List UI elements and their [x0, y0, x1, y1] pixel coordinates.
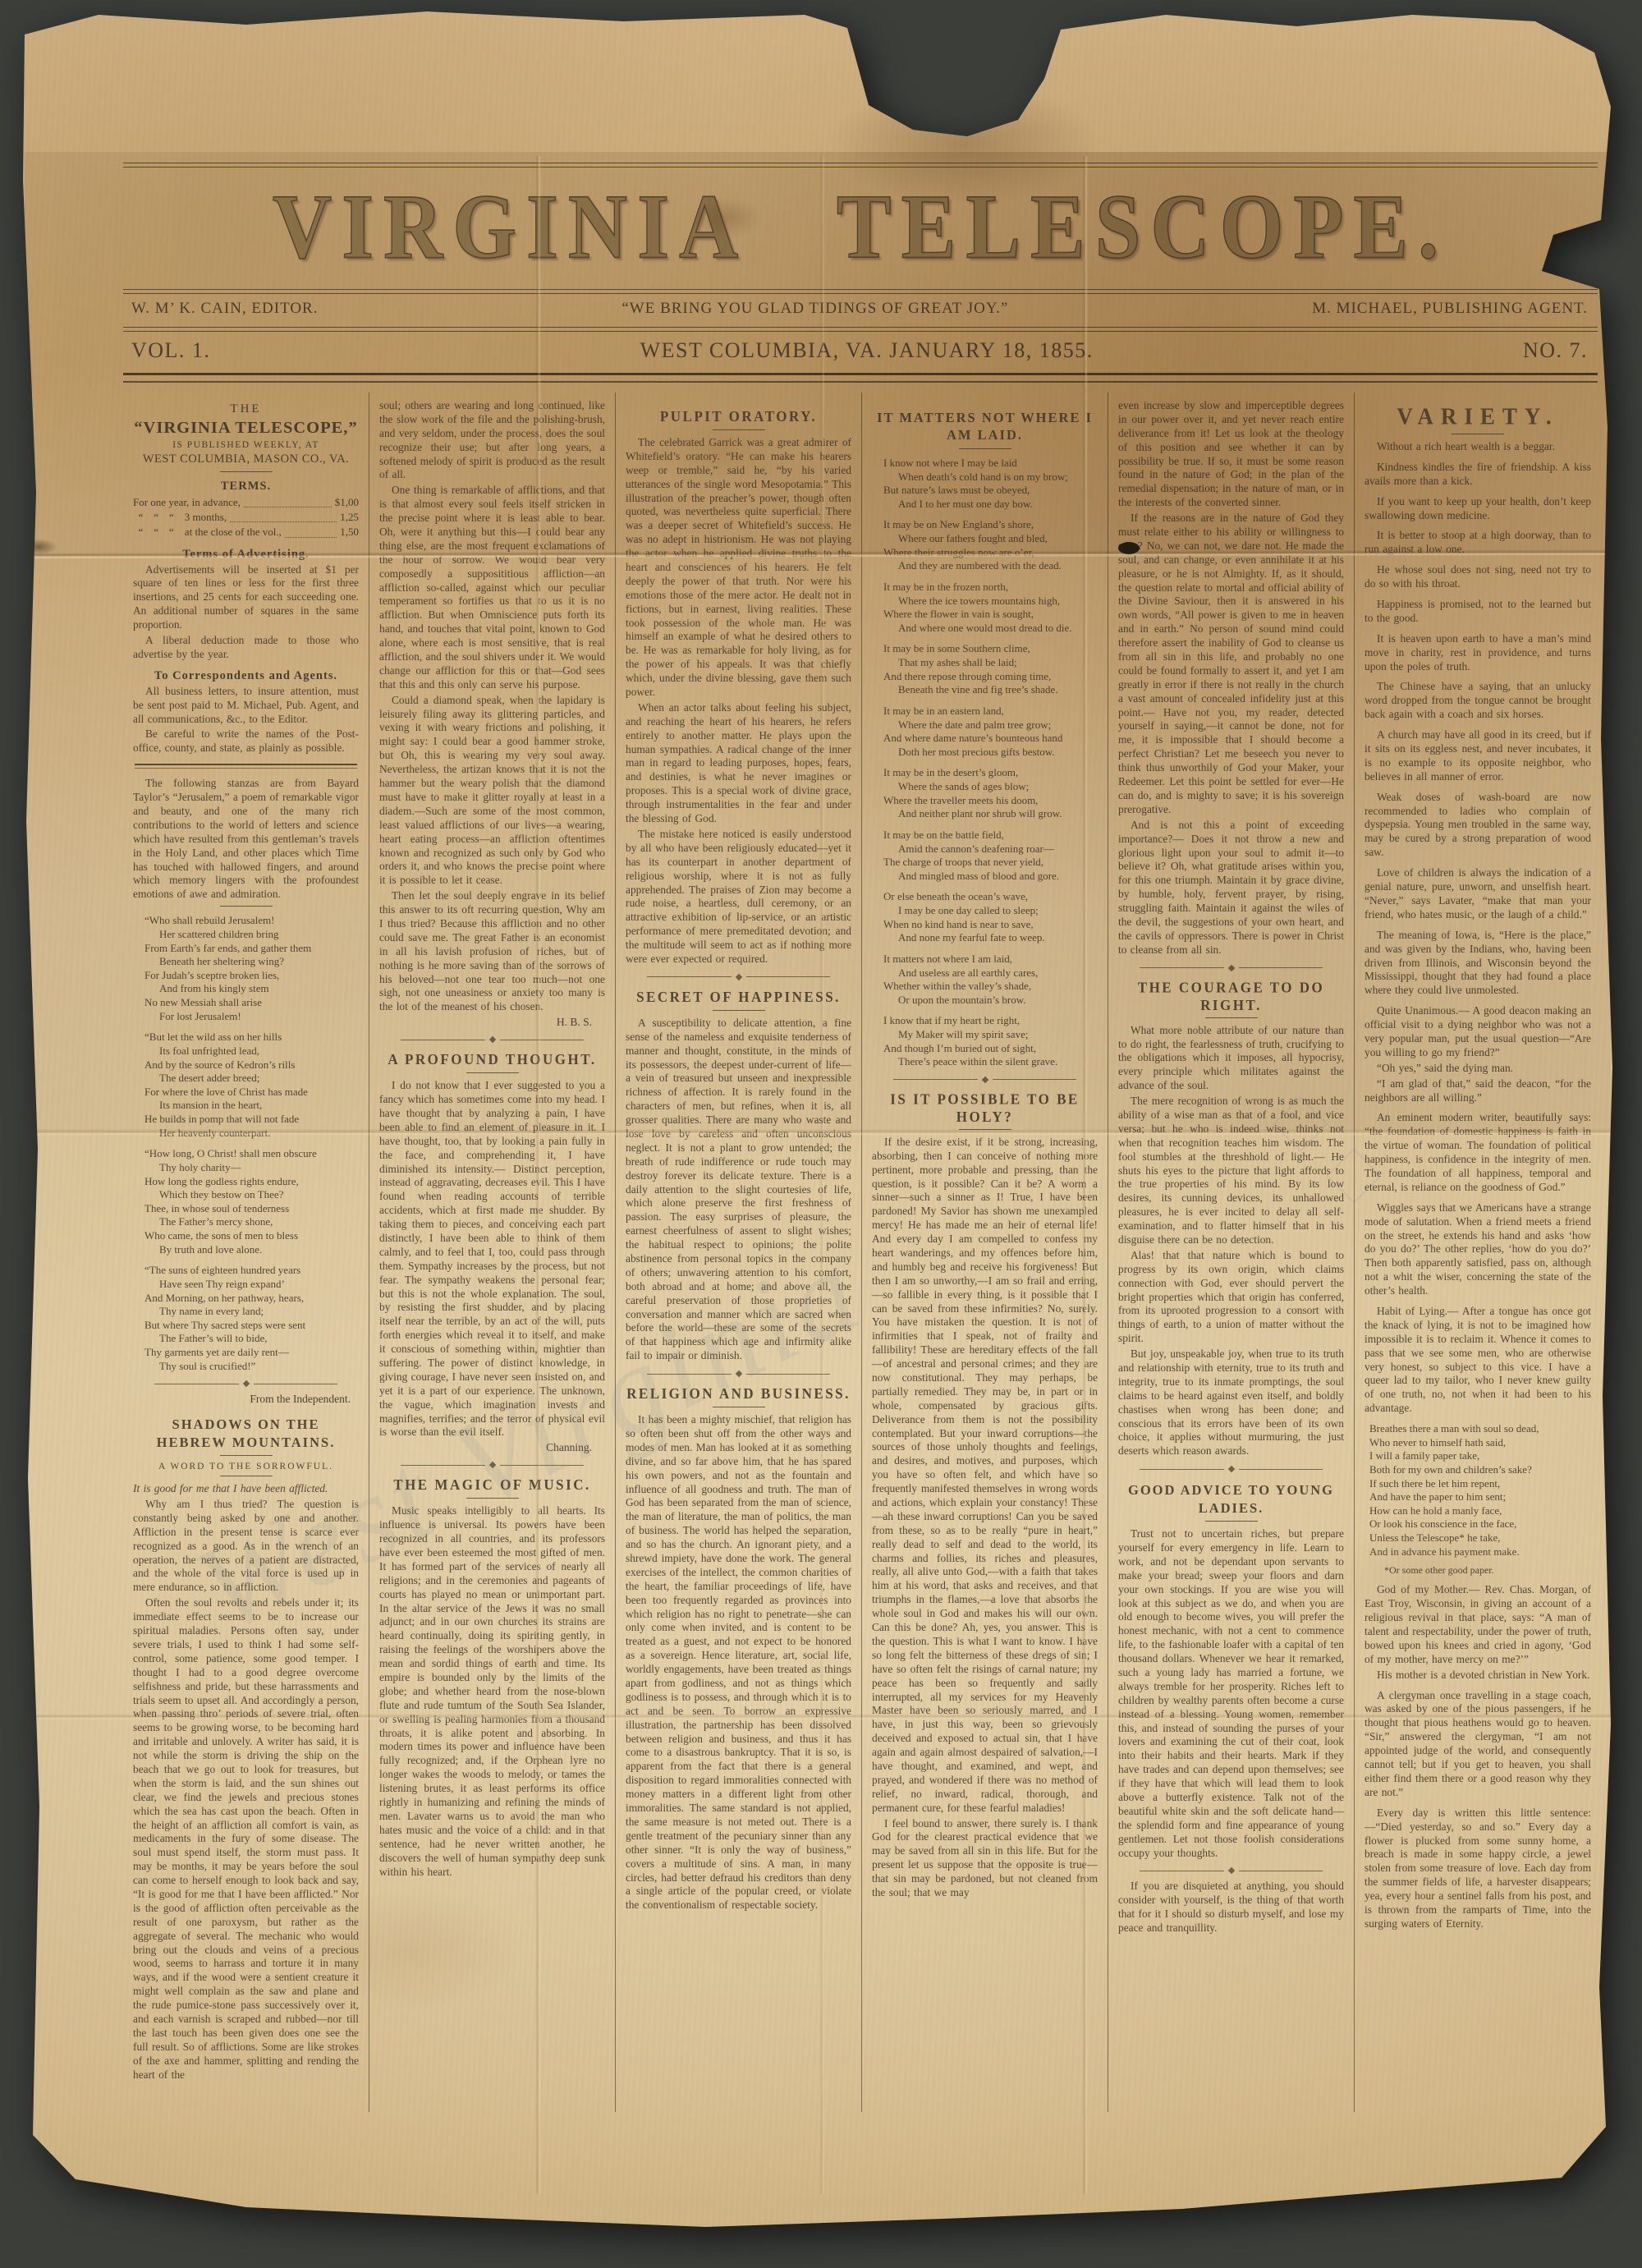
diamond-ornament	[1227, 1867, 1234, 1874]
paragraph: When an actor talks about feeling his su…	[626, 701, 851, 826]
section-rule	[1452, 434, 1504, 434]
masthead-byline-row: W. M’ K. CAIN, EDITOR. “WE BRING YOU GLA…	[131, 292, 1588, 325]
poem-line: And Morning, on her pathway, hears,	[144, 1292, 359, 1306]
poem-stanza: “But let the wild ass on her hillsIts fo…	[144, 1031, 359, 1140]
poem-stanza: “Who shall rebuild Jerusalem!Her scatter…	[144, 914, 359, 1023]
poem-line: The Father’s mercy shone,	[144, 1215, 359, 1229]
terms-price: 1,50	[340, 525, 359, 539]
paragraph: Quite Unanimous.— A good deacon making a…	[1365, 1004, 1591, 1060]
paragraph: If you are disquieted at anything, you s…	[1118, 1880, 1344, 1935]
ornament-rule	[401, 1037, 584, 1042]
poem-stanza: It matters not where I am laid,And usele…	[883, 953, 1098, 1008]
poem-line: “But let the wild ass on her hills	[144, 1031, 359, 1044]
poem-line: I know not where I may be laid	[883, 457, 1098, 471]
poem-line: And neither plant nor shrub will grow.	[883, 807, 1098, 821]
section-rule	[1205, 1521, 1258, 1522]
poem-line: It may be in some Southern clime,	[883, 642, 1098, 656]
poem-line: The charge of troops that never yield,	[883, 856, 1098, 870]
paragraph: Music speaks intelligibly to all hearts.…	[379, 1504, 605, 1879]
paragraph: But joy, unspeakable joy, when true to i…	[1118, 1347, 1344, 1458]
paragraph: The mistake here noticed is easily under…	[626, 828, 851, 966]
poem-line: Or else beneath the ocean’s wave,	[883, 890, 1098, 904]
rule-line	[893, 1079, 978, 1080]
poem-line: And there repose through coming time,	[883, 670, 1098, 684]
poem-line: Breathes there a man with soul so dead,	[1369, 1422, 1591, 1436]
poem-line: Thee, in whose soul of tenderness	[144, 1202, 359, 1216]
poem-line: The desert adder breed;	[144, 1072, 359, 1086]
poem-line: How can he hold a manly face,	[1369, 1504, 1591, 1518]
paragraph: Trust not to uncertain riches, but prepa…	[1118, 1527, 1344, 1860]
section-rule	[466, 1498, 519, 1499]
poem-line: For Judah’s sceptre broken lies,	[144, 969, 359, 983]
section-rule	[135, 764, 357, 769]
diamond-ornament	[735, 974, 741, 980]
article-heading: SHADOWS ON THE HEBREW MOUNTAINS.	[136, 1416, 355, 1451]
poem-stanza: I know not where I may be laidWhen death…	[883, 457, 1098, 512]
poem-line: For where the love of Christ has made	[144, 1086, 359, 1100]
paragraph: Be careful to write the names of the Pos…	[133, 728, 359, 755]
ornament-rule	[1140, 966, 1323, 971]
newspaper-column: soul; others are wearing and long contin…	[369, 393, 616, 2112]
poem-line: Who never to himself hath said,	[1369, 1436, 1591, 1450]
rule-line	[154, 1384, 239, 1384]
rule-line	[401, 1040, 485, 1040]
poem-line: That my ashes shall be laid;	[883, 656, 1098, 670]
poem-line: Have seen Thy reign expand’	[144, 1278, 359, 1292]
paragraph: “Oh yes,” said the dying man.	[1365, 1062, 1591, 1076]
poem-line: Doth her most precious gifts bestow.	[883, 746, 1098, 760]
signature: H. B. S.	[379, 1016, 605, 1029]
poem-stanza: It may be in the desert’s gloom,Where th…	[883, 766, 1098, 821]
article-heading: THE COURAGE TO DO RIGHT.	[1118, 980, 1344, 1014]
paragraph: The meaning of Iowa, is, “Here is the pl…	[1365, 929, 1591, 998]
section-rule	[713, 429, 765, 430]
poem-line: “How long, O Christ! shall men obscure	[144, 1147, 359, 1161]
poem-stanza: It may be in some Southern clime,That my…	[883, 642, 1098, 697]
article-heading: VARIETY.	[1365, 403, 1591, 430]
poem-line: Both for my own and children’s sake?	[1369, 1463, 1591, 1477]
ornament-rule	[401, 1462, 584, 1467]
paragraph: Without a rich heart wealth is a beggar.	[1365, 440, 1591, 454]
poem-line: And though I’m buried out of sight,	[883, 1042, 1098, 1056]
rule-line	[1140, 967, 1224, 968]
poem-stanza: It may be in the frozen north,Where the …	[883, 581, 1098, 636]
ornament-rule	[647, 1371, 830, 1376]
paragraph: Kindness kindles the fire of friendship.…	[1365, 461, 1591, 489]
article-heading: GOOD ADVICE TO YOUNG LADIES.	[1121, 1481, 1341, 1517]
diamond-ornament	[1227, 964, 1234, 971]
paragraph: The following stanzas are from Bayard Ta…	[133, 777, 359, 902]
paragraph: He whose soul does not sing, need not tr…	[1365, 563, 1591, 591]
newspaper-column: IT MATTERS NOT WHERE I AM LAID.I know no…	[862, 393, 1108, 2112]
ornament-rule	[1140, 1467, 1323, 1471]
paragraph: It is heaven upon earth to have a man’s …	[1365, 632, 1591, 674]
poem-line: Where the ice towers mountains high,	[883, 595, 1098, 608]
poem-stanza: Breathes there a man with soul so dead,W…	[1369, 1422, 1591, 1559]
paragraph: If you want to keep up your health, don’…	[1365, 495, 1591, 523]
paragraph: A church may have all good in its creed,…	[1365, 728, 1591, 784]
section-heading: To Correspondents and Agents.	[133, 669, 359, 683]
paragraph: All business letters, to insure attentio…	[133, 685, 359, 727]
article-heading: PULPIT ORATORY.	[626, 409, 851, 426]
poem-line: It may be on New England’s shore,	[883, 518, 1098, 532]
section-rule	[959, 1129, 1011, 1130]
paragraph: Why am I thus tried? The question is con…	[133, 1498, 359, 1595]
rule-line	[993, 1079, 1077, 1080]
rule-line	[500, 1465, 585, 1466]
poem-line: Or look his conscience in the face,	[1369, 1517, 1591, 1531]
paragraph: Wiggles says that we Americans have a st…	[1365, 1201, 1591, 1298]
terms-label: “ “ “ at the close of the vol.,	[133, 525, 282, 539]
terms-row: “ “ “ at the close of the vol.,1,50	[133, 525, 359, 539]
paragraph: soul; others are wearing and long contin…	[379, 399, 605, 482]
poem-line: And useless are all earthly cares,	[883, 966, 1098, 980]
rule-line	[1239, 1871, 1323, 1871]
newspaper-column: VARIETY.Without a rich heart wealth is a…	[1355, 393, 1601, 2112]
paragraph: Could a diamond speak, when the lapidary…	[379, 694, 605, 888]
paragraph: A clergyman once travelling in a stage c…	[1365, 1689, 1591, 1800]
article-heading: SECRET OF HAPPINESS.	[626, 989, 851, 1006]
section-rule	[1205, 1017, 1258, 1018]
paragraph: Habit of Lying.— After a tongue has once…	[1365, 1305, 1591, 1416]
diamond-ornament	[1227, 1466, 1234, 1472]
paragraph: Every day is written this little sentenc…	[1365, 1807, 1591, 1931]
newspaper-title: VIRGINIA TELESCOPE.	[123, 163, 1598, 294]
poem-line: Where the traveller meets his doom,	[883, 794, 1098, 808]
section-rule	[220, 471, 273, 472]
poem-stanza: It may be in an eastern land,Where the d…	[883, 705, 1098, 760]
section-rule	[466, 1072, 519, 1073]
poem-line: Where the sands of ages blow;	[883, 780, 1098, 794]
poem-line: And in advance his payment make.	[1369, 1545, 1591, 1559]
poem-line: How long the godless rights endure,	[144, 1175, 359, 1189]
rule-line	[500, 1040, 585, 1040]
paragraph: If the reasons are in the nature of God …	[1118, 512, 1344, 817]
masthead-note: “VIRGINIA TELESCOPE,”	[133, 419, 359, 438]
terms-price: 1,25	[340, 510, 359, 525]
paragraph: One thing is remarkable of afflictions, …	[379, 484, 605, 691]
poem-stanza: It may be on New England’s shore,Where o…	[883, 518, 1098, 573]
diamond-ornament	[981, 1077, 988, 1083]
paragraph: Happiness is promised, not to the learne…	[1365, 598, 1591, 626]
rule-line	[647, 976, 732, 977]
poem-line: When death’s cold hand is on my brow;	[883, 471, 1098, 484]
masthead-slogan: “WE BRING YOU GLAD TIDINGS OF GREAT JOY.…	[318, 300, 1312, 318]
poem-stanza: I know that if my heart be right,My Make…	[883, 1014, 1098, 1069]
poem-line: “The suns of eighteen hundred years	[144, 1264, 359, 1278]
paragraph: It is good for me that I have been affli…	[133, 1482, 359, 1496]
newspaper-column: THE“VIRGINIA TELESCOPE,”IS PUBLISHED WEE…	[123, 393, 369, 2112]
poem-line: Thy name in every land;	[144, 1305, 359, 1319]
poem-line: And from his kingly stem	[144, 982, 359, 996]
paper-shadow-wrap: VIRGINIA TELESCOPE. W. M’ K. CAIN, EDITO…	[0, 0, 1642, 2268]
rule-line	[1239, 1469, 1323, 1470]
section-heading: Terms of Advertising.	[133, 548, 359, 562]
poem-line: My Maker will my spirit save;	[883, 1028, 1098, 1042]
ornament-rule	[893, 1077, 1076, 1082]
diamond-ornament	[488, 1036, 495, 1043]
poem-line: I may be one day called to sleep;	[883, 904, 1098, 918]
poem-line: And mingled mass of blood and gore.	[883, 870, 1098, 884]
poem-line: It may be in an eastern land,	[883, 705, 1098, 719]
section-rule	[713, 1407, 765, 1407]
paragraph: If the desire exist, if it be strong, in…	[872, 1136, 1098, 1816]
poem-line: If such there be let him repent,	[1369, 1477, 1591, 1491]
poem-line: And where dame nature’s bounteous hand	[883, 732, 1098, 746]
footnote: *Or some other good paper.	[1365, 1564, 1591, 1577]
poem-line: Her scattered children bring	[144, 928, 359, 942]
poem-line: But where Thy sacred steps were sent	[144, 1319, 359, 1333]
poem-stanza: “The suns of eighteen hundred yearsHave …	[144, 1264, 359, 1373]
column-area: THE“VIRGINIA TELESCOPE,”IS PUBLISHED WEE…	[123, 393, 1601, 2112]
poem-line: Which they bestow on Thee?	[144, 1188, 359, 1202]
article-subheading: A WORD TO THE SORROWFUL.	[133, 1462, 359, 1471]
article-heading: A PROFOUND THOUGHT.	[379, 1052, 605, 1069]
newspaper-column: PULPIT ORATORY.The celebrated Garrick wa…	[616, 393, 862, 2112]
poem-line: When no kind hand is near to save,	[883, 918, 1098, 932]
poem-line: And I to her must one day bow.	[883, 498, 1098, 512]
dateline: WEST COLUMBIA, VA. JANUARY 18, 1855.	[210, 338, 1523, 363]
publishing-agent: M. MICHAEL, PUBLISHING AGENT.	[1312, 300, 1588, 318]
paragraph: even increase by slow and imperceptible …	[1118, 399, 1344, 510]
paragraph: His mother is a devoted christian in New…	[1365, 1669, 1591, 1683]
paragraph: God of my Mother.— Rev. Chas. Morgan, of…	[1365, 1583, 1591, 1666]
poem-line: Amid the cannon’s deafening roar—	[883, 842, 1098, 856]
dot-leader	[230, 521, 337, 522]
poem-line: And where one would most dread to die.	[883, 622, 1098, 636]
terms-label: “ “ “ 3 months,	[133, 510, 227, 525]
poem-line: I know that if my heart be right,	[883, 1014, 1098, 1028]
diamond-ornament	[242, 1380, 249, 1387]
rule-line	[254, 1384, 338, 1384]
poem-line: Thy soul is crucified!”	[144, 1360, 359, 1374]
dot-leader	[244, 507, 332, 507]
masthead-dateline-row: VOL. 1. WEST COLUMBIA, VA. JANUARY 18, 1…	[131, 330, 1588, 371]
paragraph: What more noble attribute of our nature …	[1118, 1024, 1344, 1093]
terms-label: For one year, in advance,	[133, 495, 241, 510]
editor-name: W. M’ K. CAIN, EDITOR.	[131, 300, 318, 318]
poem-line: Thy garments yet are daily rent—	[144, 1346, 359, 1360]
poem-line: Its mansion in the heart,	[144, 1099, 359, 1113]
section-rule	[220, 1476, 273, 1476]
paragraph: A susceptibility to delicate attention, …	[626, 1017, 851, 1363]
edge-tear-mark	[20, 539, 57, 555]
volume-label: VOL. 1.	[131, 338, 210, 363]
newspaper-sheet: VIRGINIA TELESCOPE. W. M’ K. CAIN, EDITO…	[0, 0, 1642, 2268]
poem-line: Whether within the valley’s shade,	[883, 980, 1098, 994]
poem-line: The Father’s will to bide,	[144, 1332, 359, 1346]
ornament-rule	[647, 975, 830, 980]
poem-line: He builds in pomp that will not fade	[144, 1113, 359, 1127]
poem-line: And have the paper to him sent;	[1369, 1490, 1591, 1504]
paragraph: Weak doses of wash-board are now recomme…	[1365, 791, 1591, 860]
poem-line: Or upon the mountain’s brow.	[883, 994, 1098, 1008]
article-heading: IS IT POSSIBLE TO BE HOLY?	[872, 1091, 1098, 1126]
paragraph: A liberal deduction made to those who ad…	[133, 634, 359, 662]
ornament-rule	[1140, 1868, 1323, 1873]
poem-line: Its foal unfrighted lead,	[144, 1044, 359, 1058]
section-rule	[220, 906, 273, 907]
paragraph: I feel bound to answer, there surely is.…	[872, 1817, 1098, 1900]
paragraph: The Chinese have a saying, that an unluc…	[1365, 680, 1591, 722]
diamond-ornament	[488, 1462, 495, 1468]
article-heading: RELIGION AND BUSINESS.	[626, 1386, 851, 1403]
rule-line	[746, 976, 831, 977]
paragraph: I do not know that I ever suggested to y…	[379, 1079, 605, 1439]
article-heading: IT MATTERS NOT WHERE I AM LAID.	[875, 409, 1094, 444]
paragraph: Often the soul revolts and rebels under …	[133, 1596, 359, 2082]
poem-stanza: “How long, O Christ! shall men obscureTh…	[144, 1147, 359, 1256]
poem-line: Where the flower in vain is sought,	[883, 608, 1098, 622]
source-credit: From the Independent.	[133, 1393, 359, 1406]
poem-line: It may be in the frozen north,	[883, 581, 1098, 595]
poem-line: By truth and love alone.	[144, 1243, 359, 1257]
poem-line: From Earth’s far ends, and gather them	[144, 942, 359, 956]
poem-line: Where the date and palm tree grow;	[883, 719, 1098, 732]
rule-line	[746, 1374, 831, 1375]
terms-row: “ “ “ 3 months,1,25	[133, 510, 359, 525]
rule-line	[647, 1374, 732, 1375]
paragraph: Then let the soul deeply engrave in its …	[379, 889, 605, 1014]
poem-line: Thy holy charity—	[144, 1161, 359, 1175]
poem-line: No new Messiah shall arise	[144, 996, 359, 1010]
article-heading: THE MAGIC OF MUSIC.	[379, 1477, 605, 1494]
poem-line: And they are numbered with the dead.	[883, 559, 1098, 573]
rule-line	[1140, 1469, 1224, 1470]
poem-line: But nature’s laws must be obeyed,	[883, 484, 1098, 498]
poem-stanza: It may be on the battle field,Amid the c…	[883, 829, 1098, 884]
poem-line: Unless the Telescope* he take,	[1369, 1531, 1591, 1545]
poem-line: Beneath her sheltering wing?	[144, 955, 359, 969]
paragraph: “I am glad of that,” said the deacon, “f…	[1365, 1077, 1591, 1105]
paragraph: An eminent modern writer, beautifully sa…	[1365, 1111, 1591, 1194]
issue-number: NO. 7.	[1523, 338, 1588, 363]
scanned-newspaper-page: VIRGINIA TELESCOPE. W. M’ K. CAIN, EDITO…	[0, 0, 1642, 2268]
paragraph: Love of children is always the indicatio…	[1365, 866, 1591, 922]
poem-line: Beneath the vine and fig tree’s shade.	[883, 683, 1098, 697]
section-rule	[959, 448, 1011, 449]
masthead-note: THE	[133, 402, 359, 416]
paragraph: It has been a mighty mischief, that reli…	[626, 1413, 851, 1912]
newspaper-column: even increase by slow and imperceptible …	[1108, 393, 1355, 2112]
paragraph: Alas! that that nature which is bound to…	[1118, 1249, 1344, 1346]
ornament-rule	[154, 1381, 337, 1386]
poem-stanza: Or else beneath the ocean’s wave,I may b…	[883, 890, 1098, 945]
masthead-heavy-rule	[123, 373, 1598, 383]
dot-leader	[285, 537, 337, 538]
paragraph: And is not this a point of exceeding imp…	[1118, 819, 1344, 957]
poem-line: Where our fathers fought and bled,	[883, 532, 1098, 546]
paragraph: Advertisements will be inserted at $1 pe…	[133, 563, 359, 632]
rule-line	[1140, 1871, 1224, 1871]
poem-line: It may be in the desert’s gloom,	[883, 766, 1098, 780]
poem-line: I will a family paper take,	[1369, 1449, 1591, 1463]
paragraph: It is better to stoop at a high doorway,…	[1365, 529, 1591, 557]
rule-line	[1239, 967, 1323, 968]
poem-line: There’s peace within the silent grave.	[883, 1055, 1098, 1069]
paragraph: The celebrated Garrick was a great admir…	[626, 436, 851, 700]
terms-price: $1,00	[335, 495, 359, 510]
terms-row: For one year, in advance,$1,00	[133, 495, 359, 510]
signature: Channing.	[379, 1441, 605, 1454]
poem-line: Her heavenly counterpart.	[144, 1127, 359, 1141]
poem-line: Who came, the sons of men to bless	[144, 1229, 359, 1243]
section-rule	[713, 1010, 765, 1011]
poem-line: Where their struggles now are o’er,	[883, 546, 1098, 560]
poem-line: It matters not where I am laid,	[883, 953, 1098, 966]
poem-line: And none my fearful fate to weep.	[883, 931, 1098, 945]
masthead-note: IS PUBLISHED WEEKLY, AT	[133, 440, 359, 450]
rule-line	[401, 1465, 485, 1466]
poem-line: It may be on the battle field,	[883, 829, 1098, 842]
poem-line: And by the source of Kedron’s rills	[144, 1058, 359, 1072]
masthead-note: WEST COLUMBIA, MASON CO., VA.	[133, 452, 359, 466]
section-heading: TERMS.	[133, 480, 359, 494]
section-rule	[220, 1455, 273, 1456]
diamond-ornament	[735, 1370, 741, 1377]
poem-line: “Who shall rebuild Jerusalem!	[144, 914, 359, 928]
poem-line: For lost Jerusalem!	[144, 1010, 359, 1024]
